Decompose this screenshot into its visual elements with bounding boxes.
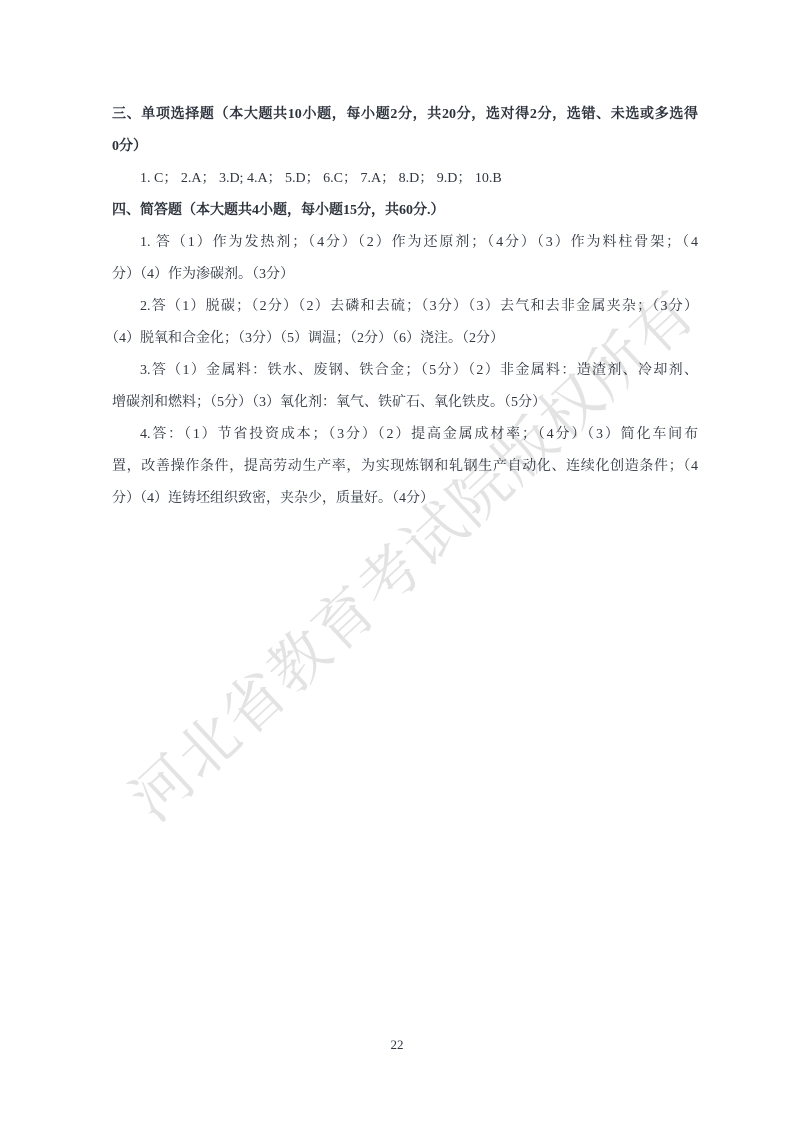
- exam-answer-content: 三、单项选择题（本大题共10小题，每小题2分，共20分，选对得2分，选错、未选或…: [112, 99, 698, 515]
- short-answer-4-line-3: 分）（4）连铸坯组织致密，夹杂少，质量好。（4分）: [112, 483, 698, 515]
- page-number: 22: [0, 1036, 794, 1054]
- short-answer-4-line-2: 置，改善操作条件，提高劳动生产率，为实现炼钢和轧钢生产自动化、连续化创造条件；（…: [112, 451, 698, 483]
- short-answer-2-line-1: 2.答（1）脱碳；（2分）（2）去磷和去硫；（3分）（3）去气和去非金属夹杂；（…: [112, 291, 698, 323]
- short-answer-4-line-1: 4.答：（1）节省投资成本；（3分）（2）提高金属成材率；（4分）（3）简化车间…: [112, 419, 698, 451]
- short-answer-2-line-2: （4）脱氧和合金化；（3分）（5）调温；（2分）（6）浇注。（2分）: [105, 323, 698, 355]
- short-answer-3-line-1: 3.答（1）金属料：铁水、废钢、铁合金；（5分）（2）非金属料：造渣剂、冷却剂、: [112, 355, 698, 387]
- exam-answer-page: 河北省教育考试院版权所有 三、单项选择题（本大题共10小题，每小题2分，共20分…: [0, 0, 794, 1123]
- section4-heading: 四、简答题（本大题共4小题，每小题15分，共60分.）: [112, 195, 698, 227]
- short-answer-1-line-1: 1. 答（1）作为发热剂；（4分）（2）作为还原剂；（4分）（3）作为料柱骨架；…: [112, 227, 698, 259]
- short-answer-3-line-2: 增碳剂和燃料；（5分）（3）氧化剂：氧气、铁矿石、氧化铁皮。（5分）: [112, 387, 698, 419]
- section3-heading-line-1: 三、单项选择题（本大题共10小题，每小题2分，共20分，选对得2分，选错、未选或…: [112, 99, 698, 131]
- short-answer-1-line-2: 分）（4）作为渗碳剂。（3分）: [112, 259, 698, 291]
- section3-heading-line-2: 0分）: [112, 131, 698, 163]
- section3-multiple-choice-answer-key: 1. C； 2.A； 3.D; 4.A； 5.D； 6.C； 7.A； 8.D；…: [112, 163, 698, 195]
